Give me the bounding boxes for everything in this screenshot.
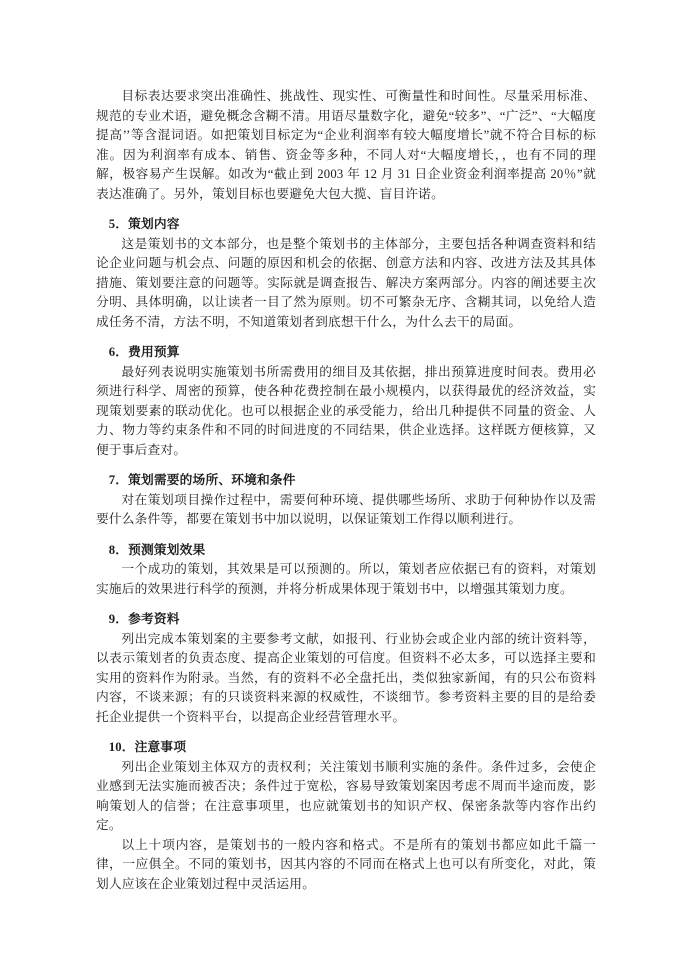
section-9-heading: 9．参考资料 bbox=[96, 610, 596, 630]
document-content: 目标表达要求突出准确性、挑战性、现实性、可衡量性和时间性。尽量采用标准、规范的专… bbox=[96, 87, 596, 894]
section-10-paragraph-1: 列出企业策划主体双方的责权利；关注策划书顺利实施的条件。条件过多，会使企业感到无… bbox=[96, 758, 596, 836]
section-6-paragraph: 最好列表说明实施策划书所需费用的细目及其依据，排出预算进度时间表。费用必须进行科… bbox=[96, 363, 596, 461]
section-9-paragraph: 列出完成本策划案的主要参考文献，如报刊、行业协会或企业内部的统计资料等，以表示策… bbox=[96, 630, 596, 728]
section-10-paragraph-2: 以上十项内容，是策划书的一般内容和格式。不是所有的策划书都应如此千篇一律，一应俱… bbox=[96, 836, 596, 895]
section-10-heading: 10．注意事项 bbox=[96, 738, 596, 758]
section-5-heading: 5．策划内容 bbox=[96, 215, 596, 235]
section-7-heading: 7．策划需要的场所、环境和条件 bbox=[96, 471, 596, 491]
section-8-paragraph: 一个成功的策划，其效果是可以预测的。所以，策划者应依据已有的资料，对策划实施后的… bbox=[96, 560, 596, 599]
document-page: 目标表达要求突出准确性、挑战性、现实性、可衡量性和时间性。尽量采用标准、规范的专… bbox=[0, 0, 690, 976]
section-5-paragraph: 这是策划书的文本部分，也是整个策划书的主体部分，主要包括各种调查资料和结论企业问… bbox=[96, 235, 596, 333]
section-7-paragraph: 对在策划项目操作过程中，需要何种环境、提供哪些场所、求助于何种协作以及需要什么条… bbox=[96, 491, 596, 530]
section-8-heading: 8．预测策划效果 bbox=[96, 541, 596, 561]
section-6-heading: 6．费用预算 bbox=[96, 343, 596, 363]
intro-paragraph: 目标表达要求突出准确性、挑战性、现实性、可衡量性和时间性。尽量采用标准、规范的专… bbox=[96, 87, 596, 204]
